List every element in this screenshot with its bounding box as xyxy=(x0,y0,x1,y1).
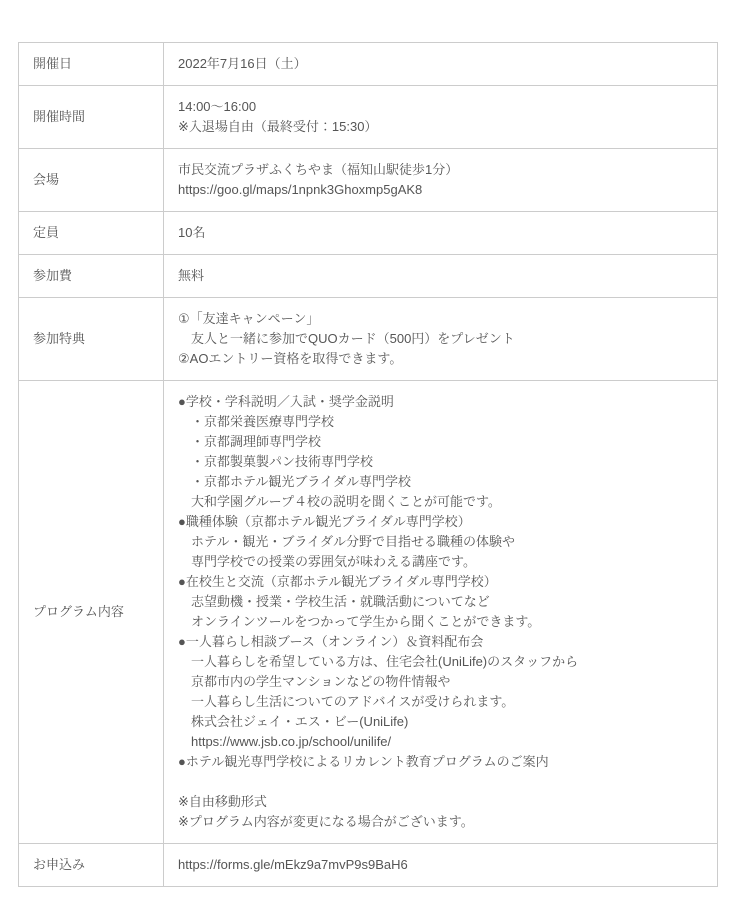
url-text: https://forms.gle/mEkz9a7mvP9s9BaH6 xyxy=(178,855,703,875)
event-table-body: 開催日 2022年7月16日（土） 開催時間 14:00〜16:00※入退場自由… xyxy=(19,43,718,887)
row-content: 10名 xyxy=(164,212,718,255)
content-line: ②AOエントリー資格を取得できます。 xyxy=(178,349,703,369)
content-line: ※自由移動形式 xyxy=(178,792,703,812)
content-line: 2022年7月16日（土） xyxy=(178,54,703,74)
table-row: 定員 10名 xyxy=(19,212,718,255)
content-line: ・京都ホテル観光ブライダル専門学校 xyxy=(178,472,703,492)
table-row: 開催時間 14:00〜16:00※入退場自由（最終受付：15:30） xyxy=(19,86,718,149)
row-label: 定員 xyxy=(19,212,164,255)
table-row: プログラム内容 ●学校・学科説明／入試・奨学金説明 ・京都栄養医療専門学校 ・京… xyxy=(19,381,718,844)
content-line: 14:00〜16:00 xyxy=(178,97,703,117)
content-line: ※プログラム内容が変更になる場合がございます。 xyxy=(178,812,703,832)
row-label: プログラム内容 xyxy=(19,381,164,844)
content-line: ホテル・観光・ブライダル分野で目指せる職種の体験や xyxy=(178,532,703,552)
table-row: 参加特典 ①「友達キャンペーン」 友人と一緒に参加でQUOカード（500円）をプ… xyxy=(19,298,718,381)
content-line: ●ホテル観光専門学校によるリカレント教育プログラムのご案内 xyxy=(178,752,703,772)
content-line: 志望動機・授業・学校生活・就職活動についてなど xyxy=(178,592,703,612)
table-row: 開催日 2022年7月16日（土） xyxy=(19,43,718,86)
content-line: 友人と一緒に参加でQUOカード（500円）をプレゼント xyxy=(178,329,703,349)
row-label: お申込み xyxy=(19,844,164,887)
row-content: 14:00〜16:00※入退場自由（最終受付：15:30） xyxy=(164,86,718,149)
page: 開催日 2022年7月16日（土） 開催時間 14:00〜16:00※入退場自由… xyxy=(0,0,740,921)
row-content: 市民交流プラザふくちやま（福知山駅徒歩1分）https://goo.gl/map… xyxy=(164,149,718,212)
content-line: 一人暮らし生活についてのアドバイスが受けられます。 xyxy=(178,692,703,712)
row-content: ●学校・学科説明／入試・奨学金説明 ・京都栄養医療専門学校 ・京都調理師専門学校… xyxy=(164,381,718,844)
row-content: https://forms.gle/mEkz9a7mvP9s9BaH6 xyxy=(164,844,718,887)
content-line: ●職種体験（京都ホテル観光ブライダル専門学校） xyxy=(178,512,703,532)
table-row: 参加費 無料 xyxy=(19,255,718,298)
event-info-table: 開催日 2022年7月16日（土） 開催時間 14:00〜16:00※入退場自由… xyxy=(18,42,718,887)
content-line: 京都市内の学生マンションなどの物件情報や xyxy=(178,672,703,692)
row-label: 参加特典 xyxy=(19,298,164,381)
content-line: 10名 xyxy=(178,223,703,243)
content-line: ①「友達キャンペーン」 xyxy=(178,309,703,329)
content-line: ※入退場自由（最終受付：15:30） xyxy=(178,117,703,137)
table-row: お申込み https://forms.gle/mEkz9a7mvP9s9BaH6 xyxy=(19,844,718,887)
row-label: 会場 xyxy=(19,149,164,212)
content-line: ●在校生と交流（京都ホテル観光ブライダル専門学校） xyxy=(178,572,703,592)
row-content: ①「友達キャンペーン」 友人と一緒に参加でQUOカード（500円）をプレゼント②… xyxy=(164,298,718,381)
url-text: https://goo.gl/maps/1npnk3Ghoxmp5gAK8 xyxy=(178,180,703,200)
content-line: 無料 xyxy=(178,266,703,286)
content-line xyxy=(178,772,703,792)
content-line: 市民交流プラザふくちやま（福知山駅徒歩1分） xyxy=(178,160,703,180)
row-content: 2022年7月16日（土） xyxy=(164,43,718,86)
row-label: 開催日 xyxy=(19,43,164,86)
content-line: ・京都栄養医療専門学校 xyxy=(178,412,703,432)
content-line: オンラインツールをつかって学生から聞くことができます。 xyxy=(178,612,703,632)
row-content: 無料 xyxy=(164,255,718,298)
content-line: ・京都調理師専門学校 xyxy=(178,432,703,452)
content-line: 専門学校での授業の雰囲気が味わえる講座です。 xyxy=(178,552,703,572)
url-text: https://www.jsb.co.jp/school/unilife/ xyxy=(178,732,703,752)
content-line: 一人暮らしを希望している方は、住宅会社(UniLife)のスタッフから xyxy=(178,652,703,672)
content-line: 株式会社ジェイ・エス・ビー(UniLife) xyxy=(178,712,703,732)
row-label: 開催時間 xyxy=(19,86,164,149)
content-line: ●一人暮らし相談ブース（オンライン）＆資料配布会 xyxy=(178,632,703,652)
content-line: 大和学園グループ４校の説明を聞くことが可能です。 xyxy=(178,492,703,512)
row-label: 参加費 xyxy=(19,255,164,298)
content-line: ●学校・学科説明／入試・奨学金説明 xyxy=(178,392,703,412)
content-line: ・京都製菓製パン技術専門学校 xyxy=(178,452,703,472)
table-row: 会場 市民交流プラザふくちやま（福知山駅徒歩1分）https://goo.gl/… xyxy=(19,149,718,212)
